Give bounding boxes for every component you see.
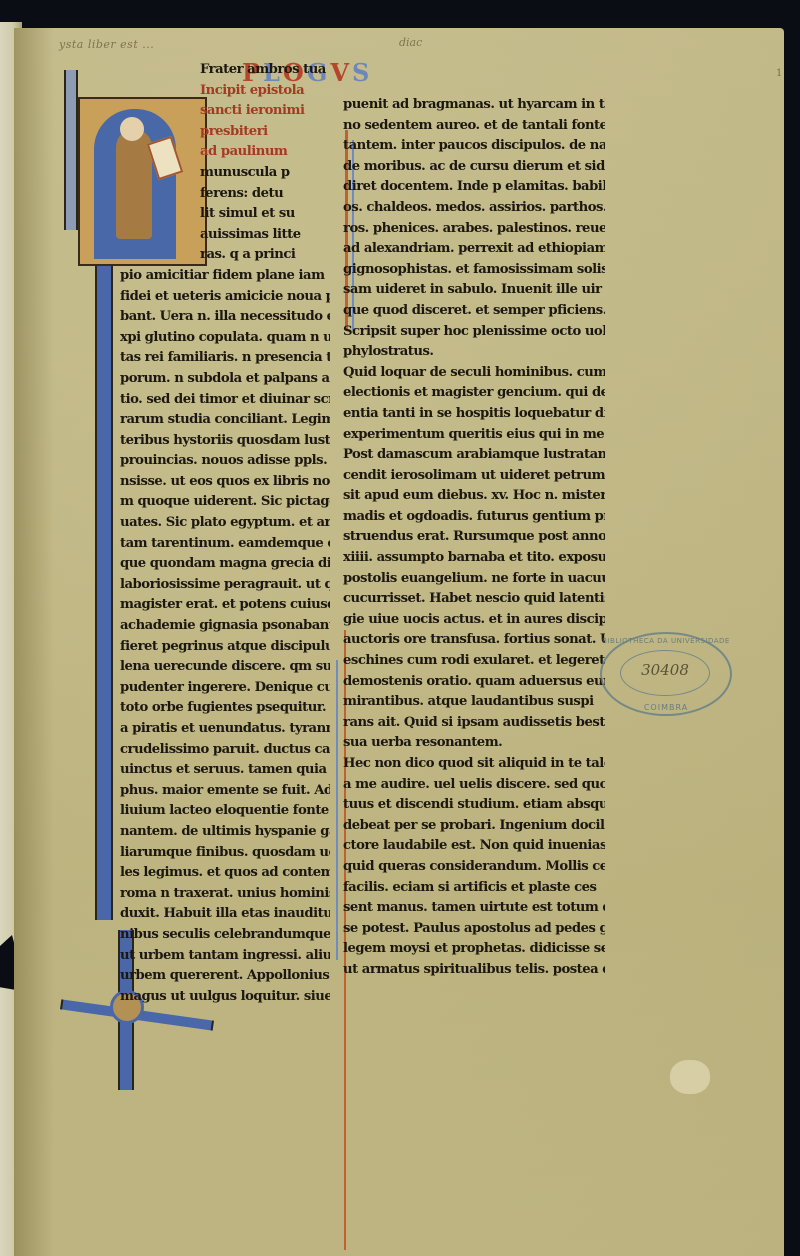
text-line: fidei et ueteris amicicie noua p ferc bbox=[120, 287, 330, 308]
text-line: les legimus. et quos ad contemplacionem … bbox=[120, 863, 330, 884]
text-line: tuus et discendi studium. etiam absque n… bbox=[343, 795, 605, 816]
shelfmark-number: 30408 bbox=[621, 661, 709, 679]
text-line: sit apud eum diebus. xv. Hoc n. misterio… bbox=[343, 486, 605, 507]
running-title-letter: S bbox=[352, 58, 372, 87]
text-line: fieret pegrinus atque discipulus. malens… bbox=[120, 637, 330, 658]
text-line: a piratis et uenundatus. tyranno bbox=[120, 719, 330, 740]
gutter-shadow bbox=[14, 28, 54, 1256]
text-line: diret docentem. Inde p elamitas. babilo bbox=[343, 177, 605, 198]
text-line: m quoque uiderent. Sic pictagoras memphi… bbox=[120, 492, 330, 513]
text-line: Quid loquar de seculi hominibus. cum apo… bbox=[343, 363, 605, 384]
text-line: ferens: detu bbox=[120, 184, 330, 205]
text-line: phus. maior emente se fuit. Ad titum bbox=[120, 781, 330, 802]
text-line: que quod disceret. et semper pficiens. s… bbox=[343, 301, 605, 322]
text-line: auctoris ore transfusa. fortius sonat. U… bbox=[343, 630, 605, 651]
blue-flourish-line bbox=[336, 660, 338, 960]
text-line: postolis euangelium. ne forte in uacuum … bbox=[343, 569, 605, 590]
text-line: sam uideret in sabulo. Inuenit ille uir … bbox=[343, 280, 605, 301]
text-line: de moribus. ac de cursu dierum et sideru… bbox=[343, 157, 605, 178]
text-line: tam tarentinum. eamdemque oram ytalie bbox=[120, 534, 330, 555]
text-line: pudenter ingerere. Denique cum litteras … bbox=[120, 678, 330, 699]
text-line: ros. phenices. arabes. palestinos. reuer… bbox=[343, 219, 605, 240]
text-line: ad alexandriam. perrexit ad ethiopiam. u… bbox=[343, 239, 605, 260]
text-line: urbem quererent. Appollonius siue ille bbox=[120, 966, 330, 987]
text-line: experimentum queritis eius qui in me loq… bbox=[343, 425, 605, 446]
text-line: porum. n subdola et palpans adula bbox=[120, 369, 330, 390]
text-line: rarum studia conciliant. Legimus i ue bbox=[120, 410, 330, 431]
text-line: puenit ad bragmanas. ut hyarcam in thro bbox=[343, 95, 605, 116]
text-line: Hec non dico quod sit aliquid in te tale… bbox=[343, 754, 605, 775]
text-line: no sedentem aureo. et de tantali fonte p bbox=[343, 116, 605, 137]
text-line: munuscula p bbox=[120, 163, 330, 184]
stamp-bottom-text: COIMBRA bbox=[602, 703, 730, 712]
text-line: toto orbe fugientes psequitur. captus bbox=[120, 698, 330, 719]
text-line: Scripsit super hoc plenissime octo uolum… bbox=[343, 322, 605, 343]
text-line: crudelissimo paruit. ductus captiuus bbox=[120, 740, 330, 761]
running-title-letter: V bbox=[330, 58, 352, 87]
initial-stem-top bbox=[64, 70, 78, 230]
text-line: phylostratus. bbox=[343, 342, 605, 363]
rubric-line: Incipit epistola bbox=[120, 81, 330, 102]
text-line: uinctus et seruus. tamen quia philoso bbox=[120, 760, 330, 781]
text-line: tantem. inter paucos discipulos. de natu… bbox=[343, 136, 605, 157]
text-line: ras. q a princi bbox=[120, 245, 330, 266]
rubric-line: presbiteri bbox=[120, 122, 330, 143]
text-line: roma n traxerat. unius hominis fama p bbox=[120, 884, 330, 905]
text-line: liarumque finibus. quosdam uenisse nobi bbox=[120, 843, 330, 864]
text-line: duxit. Habuit illa etas inauditum om bbox=[120, 904, 330, 925]
text-line: magus ut uulgus loquitur. siue phi bbox=[120, 987, 330, 1008]
rubric-line: ad paulinum bbox=[120, 142, 330, 163]
text-line: laboriosissime peragrauit. ut qui atheni… bbox=[120, 575, 330, 596]
initial-stem-main bbox=[95, 260, 113, 920]
text-line: lit simul et su bbox=[120, 204, 330, 225]
text-line: teribus hystoriis quosdam lustrasse bbox=[120, 431, 330, 452]
text-line: nsisse. ut eos quos ex libris nouerant. … bbox=[120, 472, 330, 493]
rubric-line: sancti ieronimi bbox=[120, 101, 330, 122]
text-line: Frater ambros tua michi bbox=[120, 60, 330, 81]
ownership-note: ysta liber est ... bbox=[59, 38, 154, 51]
stamp-inner-ring: 30408 bbox=[620, 650, 710, 696]
text-line: xiiii. assumpto barnaba et tito. exposui… bbox=[343, 548, 605, 569]
text-line: sua uerba resonantem. bbox=[343, 733, 605, 754]
text-line: magister erat. et potens cuiusque doctri… bbox=[120, 595, 330, 616]
text-line: quid queras considerandum. Mollis cera e… bbox=[343, 857, 605, 878]
text-line: legem moysi et prophetas. didicisse se g… bbox=[343, 939, 605, 960]
foliation-number: 1 bbox=[776, 68, 782, 79]
text-line: prouincias. nouos adisse ppls. maria tra bbox=[120, 451, 330, 472]
text-line: tio. sed dei timor et diuinar scriptu bbox=[120, 390, 330, 411]
right-text-column: puenit ad bragmanas. ut hyarcam in thro … bbox=[343, 95, 605, 981]
text-line: nibus seculis celebrandumque miraculum bbox=[120, 925, 330, 946]
stamp-top-text: BIBLIOTHECA DA UNIVERSIDADE bbox=[602, 637, 730, 645]
text-line: os. chaldeos. medos. assirios. parthos. … bbox=[343, 198, 605, 219]
text-line: eschines cum rodi exularet. et legeretur… bbox=[343, 651, 605, 672]
text-line: sent manus. tamen uirtute est totum quic… bbox=[343, 898, 605, 919]
text-line: cucurrisset. Habet nescio quid latentis … bbox=[343, 589, 605, 610]
text-line: xpi glutino copulata. quam n utili bbox=[120, 328, 330, 349]
text-line: se potest. Paulus apostolus ad pedes gam… bbox=[343, 919, 605, 940]
text-line: gignosophistas. et famosissimam solis me… bbox=[343, 260, 605, 281]
text-line: auissimas litte bbox=[120, 225, 330, 246]
text-line: facilis. eciam si artificis et plaste ce… bbox=[343, 878, 605, 899]
text-line: ut urbem tantam ingressi. aliud extra bbox=[120, 946, 330, 967]
text-line: nantem. de ultimis hyspanie gal bbox=[120, 822, 330, 843]
text-line: que quondam magna grecia dicebat bbox=[120, 554, 330, 575]
left-text-column: Frater ambros tua michi Incipit epistola… bbox=[120, 60, 330, 1007]
text-line: ctore laudabile est. Non quid inuenias. … bbox=[343, 836, 605, 857]
text-line: madis et ogdoadis. futurus gentium predi… bbox=[343, 507, 605, 528]
ownership-note-right: diac bbox=[399, 36, 422, 49]
text-line: uates. Sic plato egyptum. et archi bbox=[120, 513, 330, 534]
text-line: rans ait. Quid si ipsam audissetis besti… bbox=[343, 713, 605, 734]
text-line: tas rei familiaris. n presencia tm cor bbox=[120, 348, 330, 369]
text-line: mirantibus. atque laudantibus suspi bbox=[343, 692, 605, 713]
text-line: a me audire. uel uelis discere. sed quo … bbox=[343, 775, 605, 796]
text-line: entia tanti in se hospitis loquebatur di… bbox=[343, 404, 605, 425]
text-line: cendit ierosolimam ut uideret petrum. et… bbox=[343, 466, 605, 487]
text-line: achademie gignasia psonabant bbox=[120, 616, 330, 637]
text-line: gie uiue uocis actus. et in aures discip… bbox=[343, 610, 605, 631]
library-stamp: BIBLIOTHECA DA UNIVERSIDADE 30408 COIMBR… bbox=[600, 632, 732, 716]
text-line: ut armatus spiritualibus telis. postea d… bbox=[343, 960, 605, 981]
text-line: Post damascum arabiamque lustratam. as bbox=[343, 445, 605, 466]
text-line: bant. Uera n. illa necessitudo est et bbox=[120, 307, 330, 328]
text-line: lena uerecunde discere. qm sua im bbox=[120, 657, 330, 678]
text-line: debeat per se probari. Ingenium docile e… bbox=[343, 816, 605, 837]
text-line: struendus erat. Rursumque post annos bbox=[343, 527, 605, 548]
text-line: demostenis oratio. quam aduersus eum hab… bbox=[343, 672, 605, 693]
text-line: electionis et magister gencium. qui de c… bbox=[343, 383, 605, 404]
parchment-stain bbox=[670, 1060, 710, 1094]
text-line: liuium lacteo eloquentie fonte ma bbox=[120, 801, 330, 822]
text-line: pio amicitiar fidem plane iam bbox=[120, 266, 330, 287]
